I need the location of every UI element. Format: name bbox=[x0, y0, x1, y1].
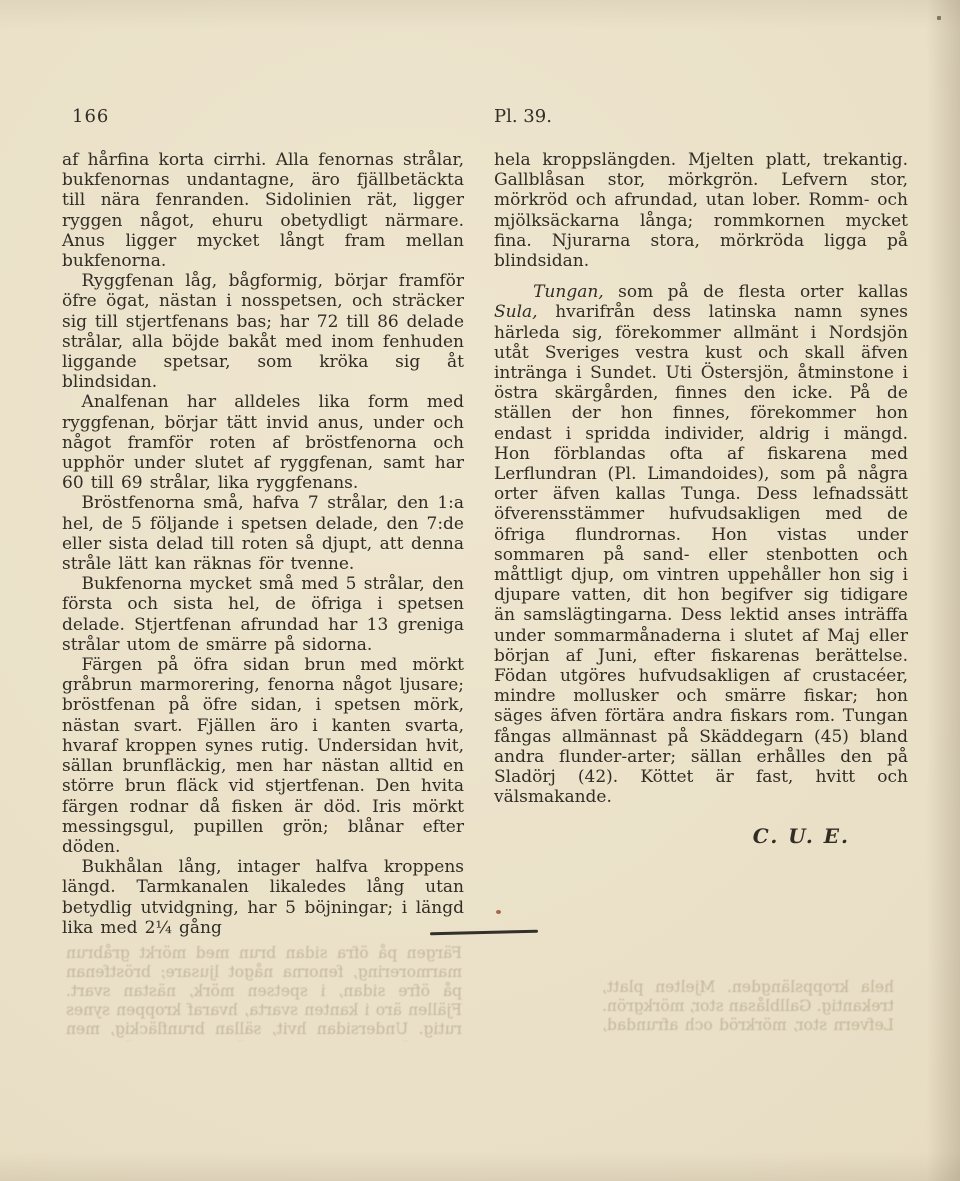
paragraph-bukfenorna: Bukfenorna mycket små med 5 strålar, den… bbox=[62, 574, 464, 655]
page-number: 166 bbox=[72, 106, 109, 127]
paragraph-tungan: Tungan, som på de flesta orter kallas Su… bbox=[494, 282, 908, 807]
left-column: af hårfina korta cirrhi. Alla fenornas s… bbox=[62, 150, 464, 938]
verso-showthrough-text: Färgen på öfra sidan brun med mörkt gråb… bbox=[66, 944, 462, 1041]
species-name-tungan: Tungan, bbox=[533, 282, 604, 302]
paragraph-text-segment: hvarifrån dess latinska namn synes härle… bbox=[494, 302, 908, 807]
paragraph-brostfenorna: Bröstfenorna små, hafva 7 strålar, den 1… bbox=[62, 493, 464, 574]
species-name-sula: Sula, bbox=[494, 302, 538, 322]
verso-showthrough-text: hela kroppslängden. Mjelten platt, treka… bbox=[602, 978, 894, 1036]
paragraph-anatomy-continuation: hela kroppslängden. Mjelten platt, treka… bbox=[494, 150, 908, 271]
plate-label: Pl. 39. bbox=[494, 106, 552, 127]
paragraph-text-segment: som på de flesta orter kallas bbox=[604, 282, 908, 302]
paragraph-continuation: af hårfina korta cirrhi. Alla fenornas s… bbox=[62, 150, 464, 271]
right-column: hela kroppslängden. Mjelten platt, treka… bbox=[494, 150, 908, 938]
paper-speck bbox=[937, 16, 941, 20]
paragraph-ryggfenan: Ryggfenan låg, bågformig, börjar framför… bbox=[62, 271, 464, 392]
paper-speck bbox=[496, 910, 501, 914]
scanned-book-page: 166 Pl. 39. af hårfina korta cirrhi. All… bbox=[0, 0, 960, 1181]
paragraph-analfenan: Analfenan har alldeles lika form med ryg… bbox=[62, 392, 464, 493]
two-column-text-block: af hårfina korta cirrhi. Alla fenornas s… bbox=[62, 150, 908, 938]
author-signature: C. U. E. bbox=[494, 824, 908, 848]
paragraph-fargen: Färgen på öfra sidan brun med mörkt gråb… bbox=[62, 655, 464, 857]
paragraph-bukhalan: Bukhålan lång, intager halfva kroppens l… bbox=[62, 857, 464, 938]
